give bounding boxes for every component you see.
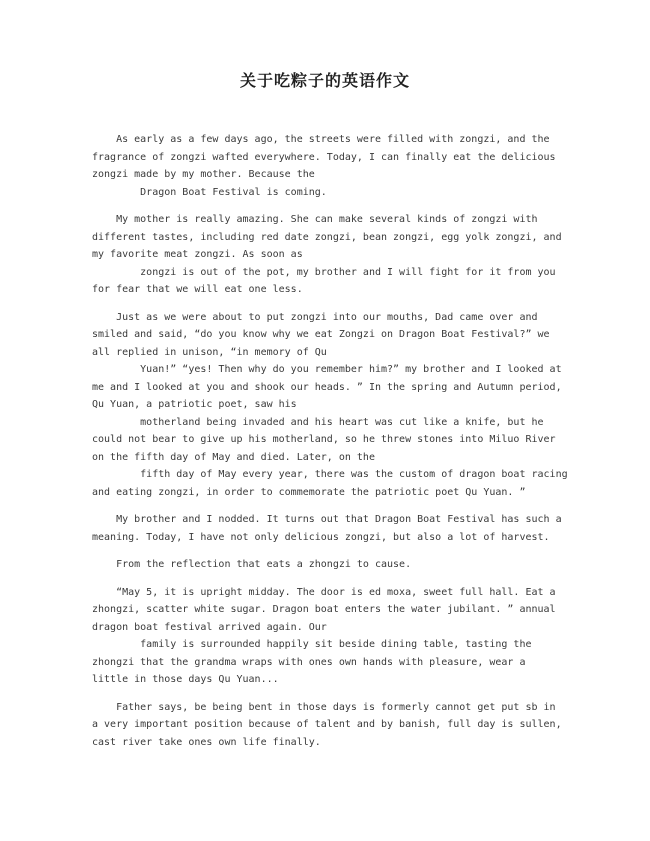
page-title: 关于吃粽子的英语作文 [0,70,650,92]
document-page: 关于吃粽子的英语作文 As early as a few days ago, t… [0,0,650,841]
paragraph-4: My brother and I nodded. It turns out th… [92,511,582,546]
paragraph-2: My mother is really amazing. She can mak… [92,211,582,299]
paragraph-1: As early as a few days ago, the streets … [92,131,582,201]
paragraph-6: “May 5, it is upright midday. The door i… [92,584,582,689]
paragraph-5: From the reflection that eats a zhongzi … [92,556,582,574]
paragraph-7: Father says, be being bent in those days… [92,699,582,752]
essay-body: As early as a few days ago, the streets … [92,131,582,761]
paragraph-3: Just as we were about to put zongzi into… [92,309,582,502]
